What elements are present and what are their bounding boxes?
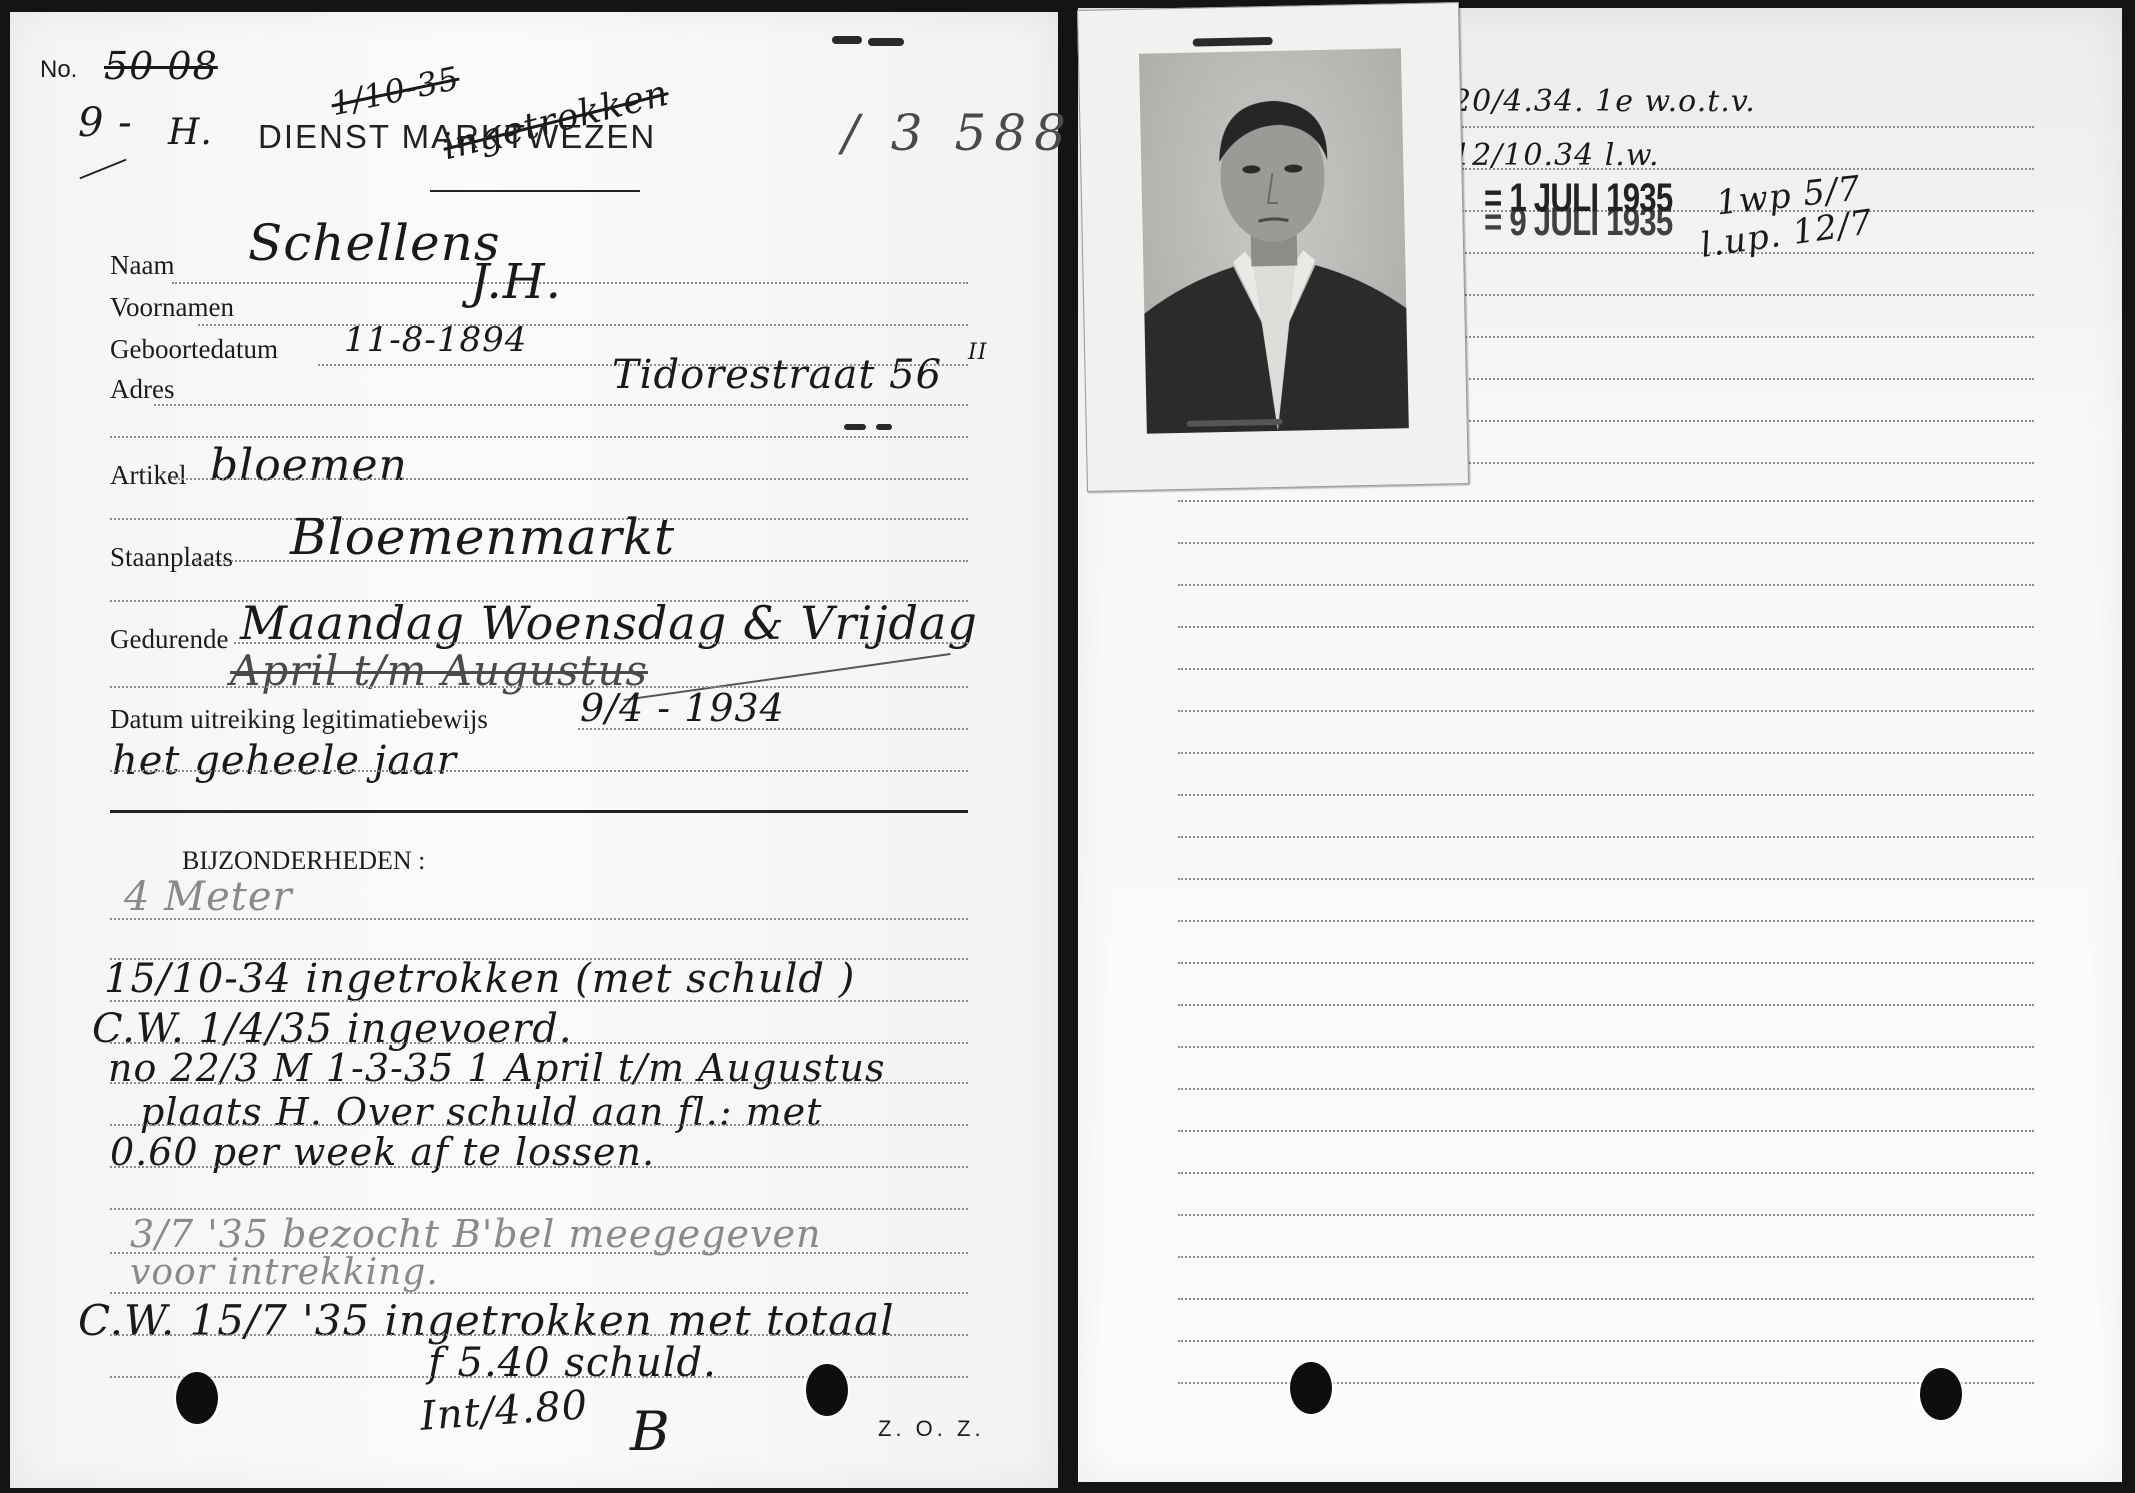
field-value-voornamen: J.H.	[470, 254, 562, 310]
staple-mark	[876, 424, 892, 430]
back-entry: 20/4.34. 1e w.o.t.v.	[1452, 84, 1756, 119]
section-letter: H.	[168, 112, 213, 153]
back-entry: 12/10.34 l.w.	[1452, 138, 1660, 173]
staple-mark	[832, 36, 862, 44]
section-divider	[110, 810, 968, 813]
field-line	[196, 560, 968, 562]
field-label-staanplaats: Staanplaats	[110, 542, 233, 573]
back-rule	[1178, 710, 2034, 712]
zoz-footer: Z. O. Z.	[878, 1416, 985, 1442]
back-rule	[1178, 920, 2034, 922]
field-value-naam: Schellens	[248, 214, 500, 272]
title-underline	[430, 190, 640, 192]
back-rule	[1178, 1130, 2034, 1132]
photo-staple	[1193, 37, 1273, 47]
note-rule	[110, 918, 968, 920]
back-rule	[1178, 752, 2034, 754]
back-rule	[1462, 462, 2034, 464]
note-rule	[110, 1292, 968, 1294]
field-value-artikel: bloemen	[210, 440, 408, 491]
field-line	[110, 436, 968, 438]
portrait-icon	[1139, 48, 1409, 433]
field-value-adres-suffix: II	[968, 340, 987, 365]
card-title: DIENST MARKTWEZEN	[258, 118, 656, 156]
field-line	[578, 728, 968, 730]
field-line	[234, 642, 968, 644]
back-rule	[1462, 336, 2034, 338]
field-value-datum-uitreiking: 9/4 - 1934	[580, 686, 785, 730]
back-rule	[1178, 836, 2034, 838]
note-rule	[110, 1208, 968, 1210]
number-label: No.	[40, 56, 77, 84]
back-rule	[1178, 668, 2034, 670]
punch-hole	[176, 1372, 218, 1424]
back-rule	[1178, 1298, 2034, 1300]
file-number: / 3 588	[842, 104, 1074, 162]
back-rule	[1178, 626, 2034, 628]
note-line: 4 Meter	[124, 874, 293, 920]
field-label-datum-uitreiking: Datum uitreiking legitimatiebewijs	[110, 704, 488, 735]
portrait-photo	[1139, 48, 1409, 433]
note-rule	[110, 1000, 968, 1002]
field-line	[172, 282, 968, 284]
field-label-geboortedatum: Geboortedatum	[110, 334, 278, 365]
back-rule	[1178, 1172, 2034, 1174]
note-line: 15/10-34 ingetrokken (met schuld )	[104, 956, 855, 1002]
staple-mark	[844, 424, 866, 430]
note-rule	[110, 1042, 968, 1044]
note-line: voor intrekking.	[130, 1252, 439, 1293]
note-line: plaats H. Over schuld aan fl.: met	[140, 1090, 822, 1134]
field-value-adres: Tidorestraat 56	[612, 352, 942, 398]
back-rule	[1178, 1088, 2034, 1090]
back-rule	[1178, 1256, 2034, 1258]
punch-hole	[1920, 1368, 1962, 1420]
number-struck: 50 08	[104, 44, 218, 88]
back-rule	[1462, 294, 2034, 296]
note-rule	[110, 1082, 968, 1084]
back-rule	[1178, 1340, 2034, 1342]
back-rule	[1178, 794, 2034, 796]
date-stamp: = 9 JULI 1935	[1484, 200, 1672, 245]
note-line: 3/7 '35 bezocht B'bel meegegeven	[130, 1212, 821, 1256]
back-rule	[1178, 1214, 2034, 1216]
punch-hole	[806, 1364, 848, 1416]
note-rule	[110, 1124, 968, 1126]
note-rule	[110, 1166, 968, 1168]
back-rule	[1178, 542, 2034, 544]
back-rule	[1462, 420, 2034, 422]
field-value-geboortedatum: 11-8-1894	[344, 320, 527, 360]
number-current: 9 -	[78, 100, 133, 146]
back-rule	[1178, 1046, 2034, 1048]
back-rule	[1178, 1004, 2034, 1006]
punch-hole	[1290, 1362, 1332, 1414]
field-label-gedurende: Gedurende	[110, 624, 228, 655]
field-label-artikel: Artikel	[110, 460, 186, 491]
field-line	[170, 478, 968, 480]
bijzonderheden-heading: BIJZONDERHEDEN :	[182, 846, 425, 876]
note-initial: B	[630, 1400, 671, 1463]
back-rule	[1462, 126, 2034, 128]
back-rule	[1462, 378, 2034, 380]
field-line	[110, 770, 968, 772]
back-rule	[1178, 878, 2034, 880]
field-line	[154, 404, 968, 406]
note-line: f 5.40 schuld.	[428, 1340, 717, 1386]
staple-mark	[868, 38, 904, 46]
field-value-datum-line2: het geheele jaar	[112, 738, 457, 784]
field-label-naam: Naam	[110, 250, 174, 281]
field-line	[198, 324, 968, 326]
note-line: C.W. 15/7 '35 ingetrokken met totaal	[78, 1296, 895, 1345]
field-label-voornamen: Voornamen	[110, 292, 234, 323]
note-rule	[110, 1334, 968, 1336]
back-rule	[1178, 584, 2034, 586]
field-label-adres: Adres	[110, 374, 174, 405]
back-rule	[1178, 962, 2034, 964]
field-line	[110, 686, 968, 688]
photo-mount	[1077, 2, 1469, 492]
field-value-staanplaats: Bloemenmarkt	[290, 508, 675, 566]
back-rule	[1178, 500, 2034, 502]
